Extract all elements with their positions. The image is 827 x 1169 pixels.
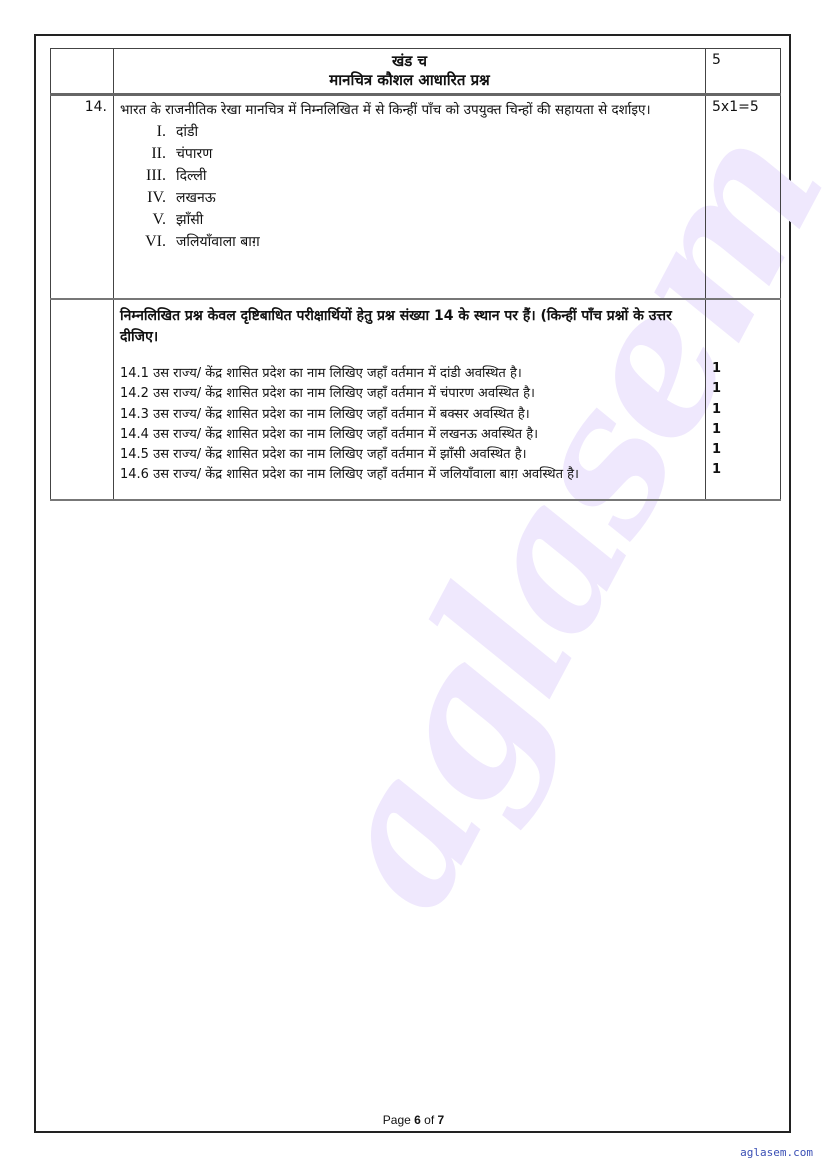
sub-question-marks: 1	[712, 460, 774, 480]
section-marks: 5	[706, 49, 781, 95]
sub-question-number: 14.1	[120, 366, 149, 381]
alternative-body: निम्नलिखित प्रश्न केवल दृष्टिबाधित परीक्…	[114, 299, 706, 500]
question-text: भारत के राजनीतिक रेखा मानचित्र में निम्न…	[120, 99, 699, 121]
sub-question: 14.2 उस राज्य/ केंद्र शासित प्रदेश का ना…	[120, 384, 699, 404]
sub-question-number: 14.2	[120, 386, 149, 401]
location-label: लखनऊ	[176, 187, 216, 209]
location-label: जलियाँवाला बाग़	[176, 231, 260, 253]
list-item: III.दिल्ली	[130, 165, 699, 187]
sub-question: 14.4 उस राज्य/ केंद्र शासित प्रदेश का ना…	[120, 425, 699, 445]
number-cell	[51, 49, 114, 95]
roman-numeral: IV.	[130, 187, 176, 209]
location-label: दांडी	[176, 121, 198, 143]
roman-numeral: II.	[130, 143, 176, 165]
location-list: I.दांडीII.चंपारणIII.दिल्लीIV.लखनऊV.झाँसी…	[120, 121, 699, 263]
question-number: 14.	[51, 95, 114, 300]
location-label: झाँसी	[176, 209, 203, 231]
sub-question-text: उस राज्य/ केंद्र शासित प्रदेश का नाम लिख…	[149, 407, 530, 422]
location-label: दिल्ली	[176, 165, 207, 187]
sub-question-text: उस राज्य/ केंद्र शासित प्रदेश का नाम लिख…	[149, 366, 522, 381]
section-title: खंड च	[120, 52, 699, 71]
roman-numeral: VI.	[130, 231, 176, 253]
alternative-marks-list: 111111	[712, 303, 774, 481]
alternative-marks-cell: 111111	[706, 299, 781, 500]
alternative-question-list: 14.1 उस राज्य/ केंद्र शासित प्रदेश का ना…	[120, 364, 699, 486]
list-item: I.दांडी	[130, 121, 699, 143]
sub-question-number: 14.3	[120, 407, 149, 422]
sub-question-marks: 1	[712, 379, 774, 399]
list-item: VI.जलियाँवाला बाग़	[130, 231, 699, 253]
sub-question: 14.1 उस राज्य/ केंद्र शासित प्रदेश का ना…	[120, 364, 699, 384]
sub-question-text: उस राज्य/ केंद्र शासित प्रदेश का नाम लिख…	[149, 467, 579, 482]
list-item: V.झाँसी	[130, 209, 699, 231]
sub-question-text: उस राज्य/ केंद्र शासित प्रदेश का नाम लिख…	[149, 427, 538, 442]
question-marks: 5x1=5	[706, 95, 781, 300]
question-row: 14. भारत के राजनीतिक रेखा मानचित्र में न…	[51, 95, 781, 300]
sub-question-marks: 1	[712, 440, 774, 460]
sub-question-number: 14.4	[120, 427, 149, 442]
alternative-row: निम्नलिखित प्रश्न केवल दृष्टिबाधित परीक्…	[51, 299, 781, 500]
roman-numeral: III.	[130, 165, 176, 187]
list-item: II.चंपारण	[130, 143, 699, 165]
page-number: Page 6 of 7	[0, 1113, 827, 1127]
roman-numeral: I.	[130, 121, 176, 143]
sub-question-text: उस राज्य/ केंद्र शासित प्रदेश का नाम लिख…	[149, 386, 535, 401]
section-subtitle: मानचित्र कौशल आधारित प्रश्न	[120, 71, 699, 90]
sub-question: 14.3 उस राज्य/ केंद्र शासित प्रदेश का ना…	[120, 405, 699, 425]
roman-numeral: V.	[130, 209, 176, 231]
sub-question-marks: 1	[712, 359, 774, 379]
sub-question: 14.5 उस राज्य/ केंद्र शासित प्रदेश का ना…	[120, 445, 699, 465]
sub-question-number: 14.5	[120, 447, 149, 462]
sub-question: 14.6 उस राज्य/ केंद्र शासित प्रदेश का ना…	[120, 465, 699, 485]
list-item: IV.लखनऊ	[130, 187, 699, 209]
question-body: भारत के राजनीतिक रेखा मानचित्र में निम्न…	[114, 95, 706, 300]
section-header-row: खंड च मानचित्र कौशल आधारित प्रश्न 5	[51, 49, 781, 95]
sub-question-number: 14.6	[120, 467, 149, 482]
number-cell	[51, 299, 114, 500]
sub-question-text: उस राज्य/ केंद्र शासित प्रदेश का नाम लिख…	[149, 447, 527, 462]
location-label: चंपारण	[176, 143, 212, 165]
sub-question-marks: 1	[712, 420, 774, 440]
brand-link[interactable]: aglasem.com	[740, 1146, 813, 1159]
sub-question-marks: 1	[712, 400, 774, 420]
alternative-heading: निम्नलिखित प्रश्न केवल दृष्टिबाधित परीक्…	[120, 306, 699, 348]
question-table: खंड च मानचित्र कौशल आधारित प्रश्न 5 14. …	[50, 48, 781, 501]
section-title-cell: खंड च मानचित्र कौशल आधारित प्रश्न	[114, 49, 706, 95]
